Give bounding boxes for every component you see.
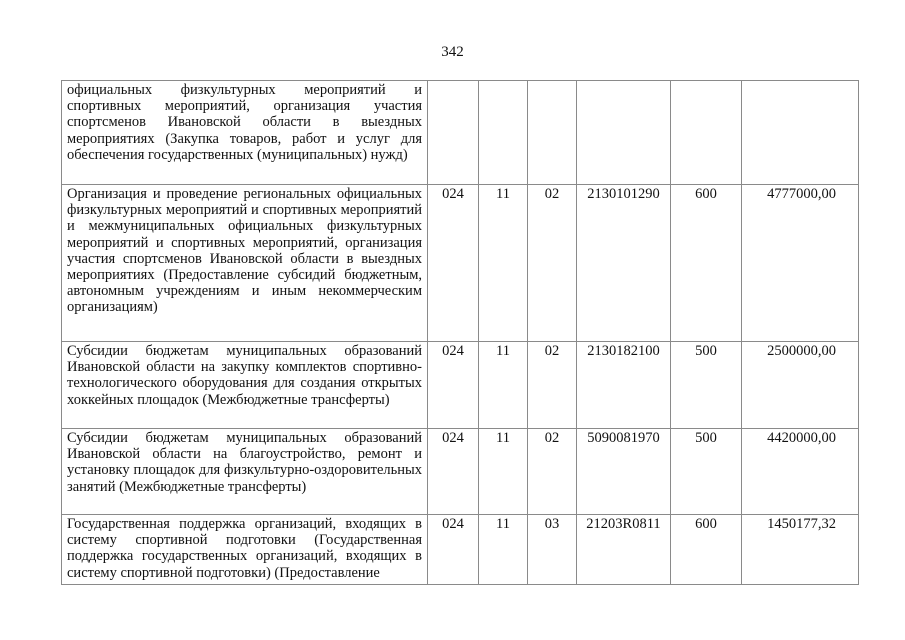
- row-description: Субсидии бюджетам муниципальных образова…: [62, 429, 428, 515]
- table-row: официальных физкультурных мероприятий и …: [62, 81, 859, 185]
- row-subsection-code: [528, 81, 577, 185]
- row-section-code: 11: [479, 185, 528, 342]
- row-amount: 1450177,32: [742, 515, 859, 585]
- row-description: Организация и проведение региональных оф…: [62, 185, 428, 342]
- row-section-code: 11: [479, 342, 528, 429]
- table-row: Государственная поддержка организаций, в…: [62, 515, 859, 585]
- row-expense-type: [671, 81, 742, 185]
- row-description: официальных физкультурных мероприятий и …: [62, 81, 428, 185]
- row-ministry-code: 024: [428, 185, 479, 342]
- row-subsection-code: 02: [528, 429, 577, 515]
- row-subsection-code: 02: [528, 185, 577, 342]
- table-row: Организация и проведение региональных оф…: [62, 185, 859, 342]
- row-expense-type: 500: [671, 429, 742, 515]
- row-amount: 2500000,00: [742, 342, 859, 429]
- row-expense-type: 600: [671, 185, 742, 342]
- row-ministry-code: 024: [428, 342, 479, 429]
- row-section-code: [479, 81, 528, 185]
- budget-table: официальных физкультурных мероприятий и …: [61, 80, 859, 585]
- row-amount: [742, 81, 859, 185]
- row-description: Государственная поддержка организаций, в…: [62, 515, 428, 585]
- row-ministry-code: 024: [428, 429, 479, 515]
- row-amount: 4777000,00: [742, 185, 859, 342]
- row-target-article: 2130101290: [577, 185, 671, 342]
- row-description: Субсидии бюджетам муниципальных образова…: [62, 342, 428, 429]
- page-number: 342: [0, 44, 905, 61]
- row-amount: 4420000,00: [742, 429, 859, 515]
- row-subsection-code: 02: [528, 342, 577, 429]
- row-ministry-code: [428, 81, 479, 185]
- row-target-article: 21203R0811: [577, 515, 671, 585]
- row-section-code: 11: [479, 429, 528, 515]
- row-target-article: [577, 81, 671, 185]
- row-expense-type: 500: [671, 342, 742, 429]
- table-row: Субсидии бюджетам муниципальных образова…: [62, 429, 859, 515]
- row-expense-type: 600: [671, 515, 742, 585]
- table-row: Субсидии бюджетам муниципальных образова…: [62, 342, 859, 429]
- row-target-article: 2130182100: [577, 342, 671, 429]
- row-target-article: 5090081970: [577, 429, 671, 515]
- row-subsection-code: 03: [528, 515, 577, 585]
- row-section-code: 11: [479, 515, 528, 585]
- row-ministry-code: 024: [428, 515, 479, 585]
